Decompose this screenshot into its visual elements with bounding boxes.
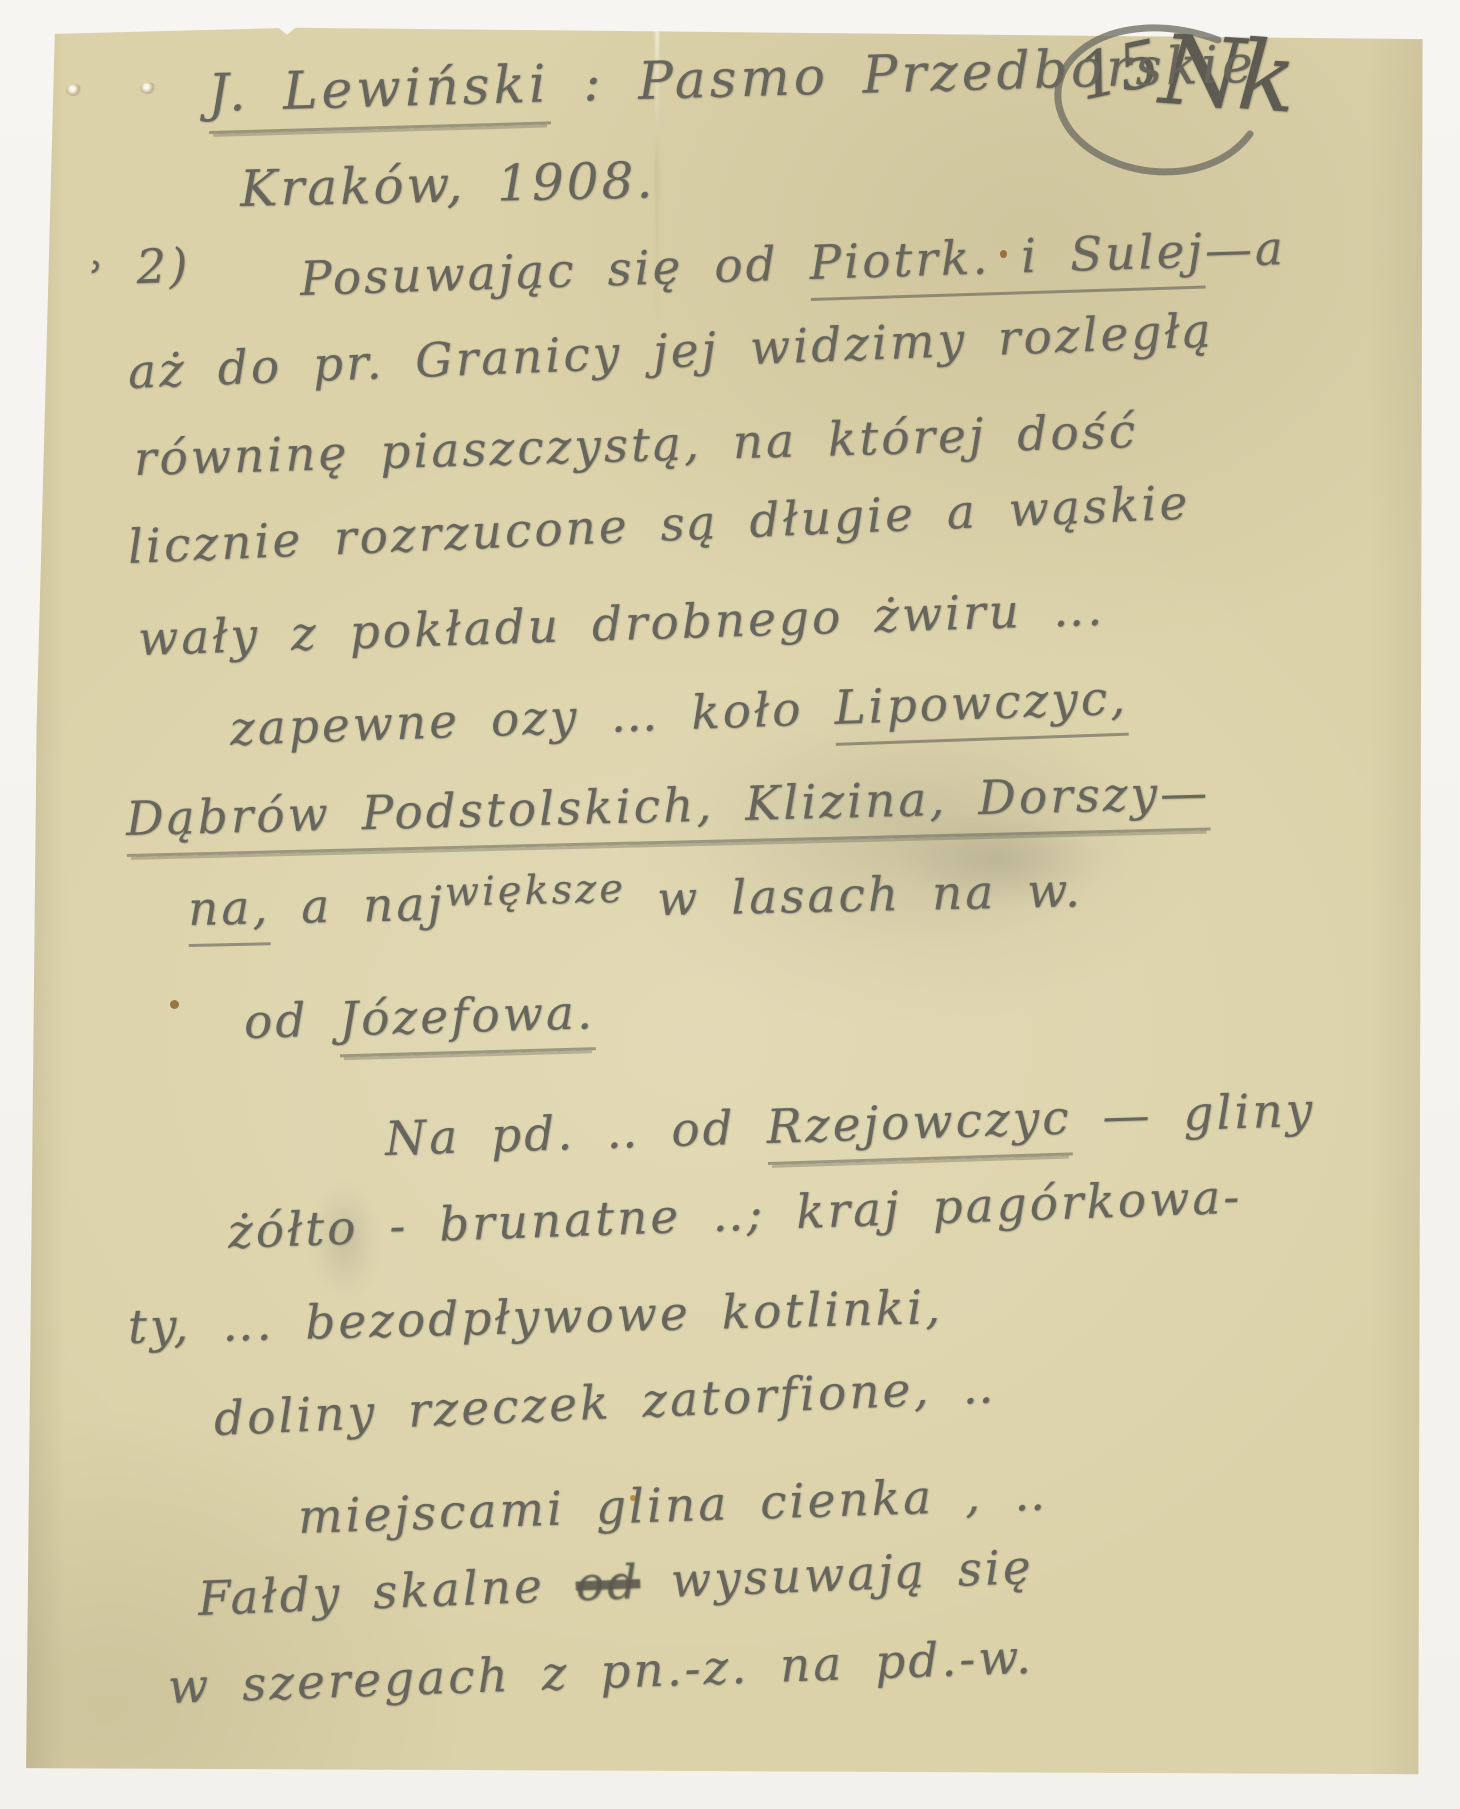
imprint-line: Kraków, 1908. xyxy=(239,151,655,218)
text-segment: —a xyxy=(1204,221,1287,279)
title-author: J. Lewiński xyxy=(207,54,550,134)
underlined-place-name: Józefowa. xyxy=(339,985,596,1057)
text-segment: a naj xyxy=(270,877,446,936)
paragraph-marker: ˒ 2) xyxy=(87,238,191,297)
underlined-word-continuation: na, xyxy=(187,880,271,947)
text-segment: — gliny xyxy=(1071,1083,1316,1146)
paper-speck xyxy=(170,1000,179,1009)
underlined-place-name: Lipowczyc, xyxy=(833,671,1129,746)
scanned-page: 15 Nk J. Lewiński : Pasmo Przedborskie K… xyxy=(0,0,1460,1809)
pinhole xyxy=(140,82,156,94)
underlined-place-names: Piotrk. i Sulej xyxy=(809,224,1206,301)
text-segment: od xyxy=(243,992,340,1050)
text-segment: w lasach na w. xyxy=(626,863,1084,928)
pinhole xyxy=(66,84,82,96)
underlined-place-name: Rzejowczyc xyxy=(766,1090,1073,1165)
text-line: od Józefowa. xyxy=(243,985,595,1050)
scribbled-out-word: od xyxy=(575,1555,641,1612)
raised-insertion: większe xyxy=(444,866,626,916)
